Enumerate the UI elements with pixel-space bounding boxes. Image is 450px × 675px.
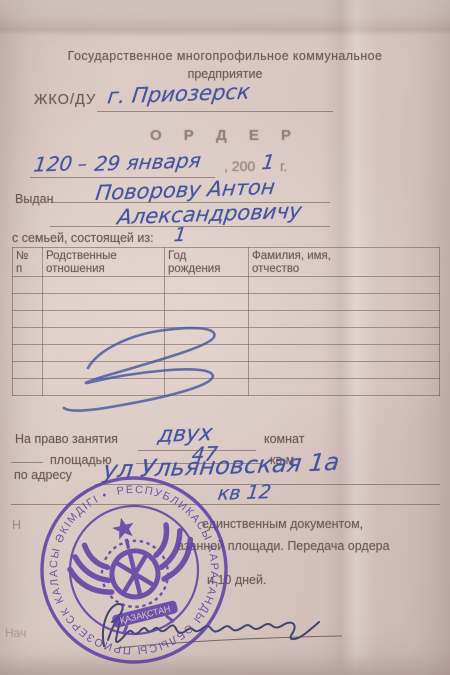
photo-vignette: [0, 0, 450, 675]
